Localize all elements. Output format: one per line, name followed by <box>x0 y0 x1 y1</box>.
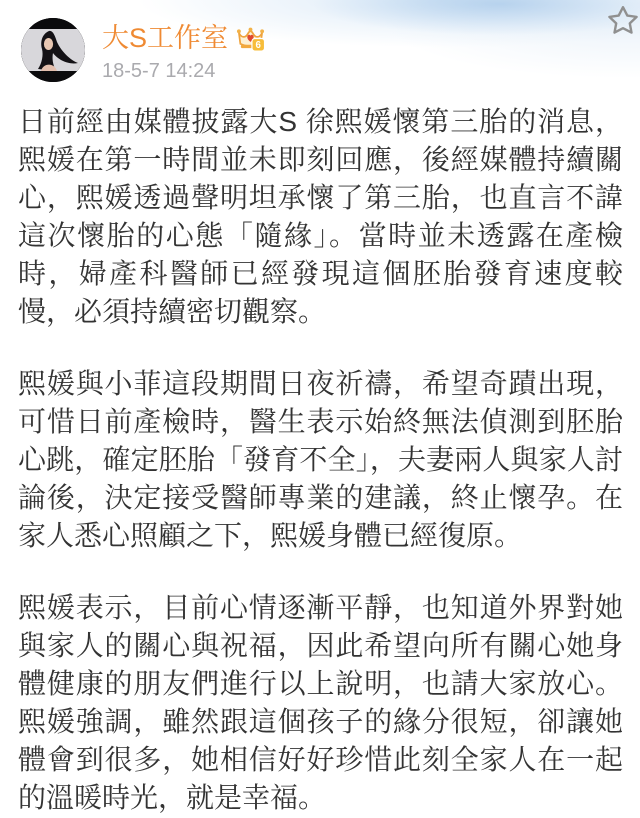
favorite-star-button[interactable] <box>606 4 640 36</box>
post-header: 大S工作室 6 18-5-7 14:24 <box>0 0 640 82</box>
post-paragraph-2: 熙媛與小菲這段期間日夜祈禱，希望奇蹟出現，可惜日前產檢時，醫生表示始終無法偵測到… <box>18 365 623 555</box>
username[interactable]: 大S工作室 <box>102 23 228 53</box>
avatar[interactable] <box>21 18 85 82</box>
timestamp: 18-5-7 14:24 <box>102 60 266 82</box>
post-paragraph-3: 熙媛表示，目前心情逐漸平靜，也知道外界對她與家人的關心與祝福，因此希望向所有關心… <box>18 589 623 817</box>
user-meta: 大S工作室 6 18-5-7 14:24 <box>102 18 266 82</box>
post-content: 日前經由媒體披露大S 徐熙媛懷第三胎的消息，熙媛在第一時間並未即刻回應，後經媒體… <box>0 103 640 817</box>
svg-text:6: 6 <box>256 40 262 51</box>
avatar-portrait-icon <box>21 18 85 82</box>
weibo-post-page: 大S工作室 6 18-5-7 14:24 <box>0 0 640 818</box>
star-outline-icon <box>606 23 640 40</box>
vip-crown-icon: 6 <box>235 24 266 53</box>
name-row: 大S工作室 6 <box>102 23 266 53</box>
post-paragraph-1: 日前經由媒體披露大S 徐熙媛懷第三胎的消息，熙媛在第一時間並未即刻回應，後經媒體… <box>18 103 623 331</box>
